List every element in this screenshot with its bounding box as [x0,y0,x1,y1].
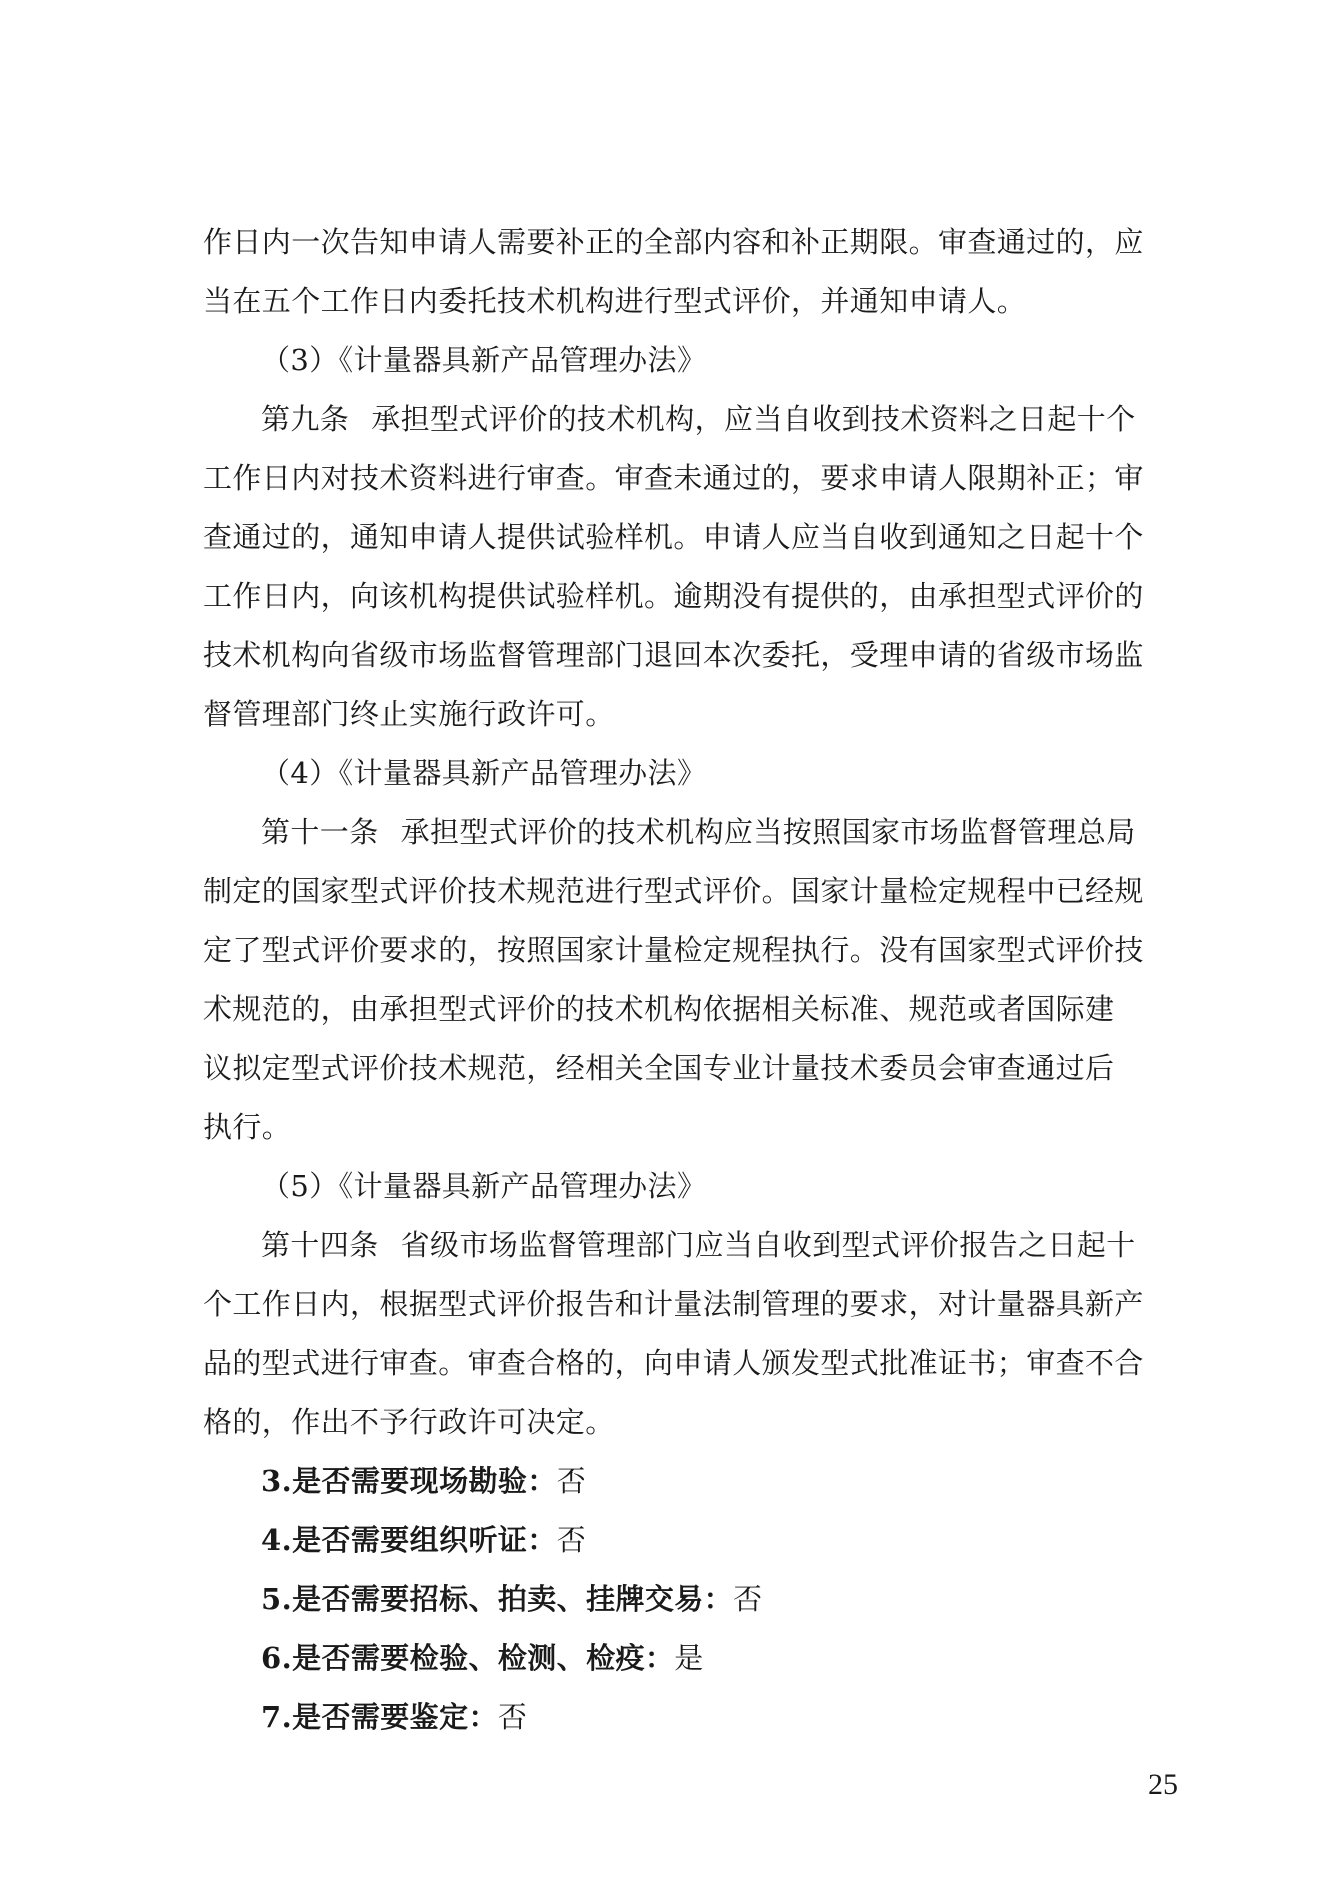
text-line: 技术机构向省级市场监督管理部门退回本次委托，受理申请的省级市场监 [203,626,1189,685]
page-number: 25 [1148,1768,1178,1802]
text-line: 工作日内对技术资料进行审查。审查未通过的，要求申请人限期补正；审 [203,449,1189,508]
question-item: 6.是否需要检验、检测、检疫：是 [203,1629,1189,1688]
question-answer: 否 [733,1582,762,1616]
text-line: 制定的国家型式评价技术规范进行型式评价。国家计量检定规程中已经规 [203,862,1189,921]
section-heading-4: （4）《计量器具新产品管理办法》 [203,744,1189,803]
question-answer: 是 [674,1641,703,1675]
text-line: 第十一条承担型式评价的技术机构应当按照国家市场监督管理总局 [203,803,1189,862]
question-number: 7. [261,1700,292,1734]
question-number: 6. [261,1641,292,1675]
question-item: 4.是否需要组织听证：否 [203,1511,1189,1570]
question-text: 是否需要检验、检测、检疫： [292,1641,674,1675]
question-list: 3.是否需要现场勘验：否 4.是否需要组织听证：否 5.是否需要招标、拍卖、挂牌… [203,1452,1189,1747]
text-line-content: 承担型式评价的技术机构应当按照国家市场监督管理总局 [401,815,1136,849]
text-line: 执行。 [203,1098,1189,1157]
question-item: 5.是否需要招标、拍卖、挂牌交易：否 [203,1570,1189,1629]
text-line: 议拟定型式评价技术规范，经相关全国专业计量技术委员会审查通过后 [203,1039,1189,1098]
text-line: 术规范的，由承担型式评价的技术机构依据相关标准、规范或者国际建 [203,980,1189,1039]
section-heading-3: （3）《计量器具新产品管理办法》 [203,331,1189,390]
question-answer: 否 [557,1523,586,1557]
text-line: 第九条承担型式评价的技术机构，应当自收到技术资料之日起十个 [203,390,1189,449]
text-line: 个工作日内，根据型式评价报告和计量法制管理的要求，对计量器具新产 [203,1275,1189,1334]
text-line: 品的型式进行审查。审查合格的，向申请人颁发型式批准证书；审查不合 [203,1334,1189,1393]
document-page: 作日内一次告知申请人需要补正的全部内容和补正期限。审查通过的，应 当在五个工作日… [203,213,1189,1747]
text-line: 定了型式评价要求的，按照国家计量检定规程执行。没有国家型式评价技 [203,921,1189,980]
section-heading-5: （5）《计量器具新产品管理办法》 [203,1157,1189,1216]
text-line-content: 省级市场监督管理部门应当自收到型式评价报告之日起十 [401,1228,1136,1262]
article-11: 第十一条承担型式评价的技术机构应当按照国家市场监督管理总局 制定的国家型式评价技… [203,803,1189,1157]
article-label: 第十四条 [261,1228,379,1262]
question-number: 3. [261,1464,292,1498]
article-label: 第九条 [261,402,349,436]
question-number: 4. [261,1523,292,1557]
text-line: 当在五个工作日内委托技术机构进行型式评价，并通知申请人。 [203,272,1189,331]
paragraph-continuation: 作日内一次告知申请人需要补正的全部内容和补正期限。审查通过的，应 当在五个工作日… [203,213,1189,331]
question-number: 5. [261,1582,292,1616]
question-answer: 否 [557,1464,586,1498]
question-item: 7.是否需要鉴定：否 [203,1688,1189,1747]
text-line: 第十四条省级市场监督管理部门应当自收到型式评价报告之日起十 [203,1216,1189,1275]
question-text: 是否需要鉴定： [292,1700,498,1734]
text-line: 查通过的，通知申请人提供试验样机。申请人应当自收到通知之日起十个 [203,508,1189,567]
question-text: 是否需要现场勘验： [292,1464,557,1498]
text-line: 工作日内，向该机构提供试验样机。逾期没有提供的，由承担型式评价的 [203,567,1189,626]
text-line: 督管理部门终止实施行政许可。 [203,685,1189,744]
text-line: 格的，作出不予行政许可决定。 [203,1393,1189,1452]
question-answer: 否 [498,1700,527,1734]
article-14: 第十四条省级市场监督管理部门应当自收到型式评价报告之日起十 个工作日内，根据型式… [203,1216,1189,1452]
question-text: 是否需要组织听证： [292,1523,557,1557]
text-line-content: 承担型式评价的技术机构，应当自收到技术资料之日起十个 [371,402,1135,436]
article-label: 第十一条 [261,815,379,849]
question-item: 3.是否需要现场勘验：否 [203,1452,1189,1511]
question-text: 是否需要招标、拍卖、挂牌交易： [292,1582,733,1616]
article-9: 第九条承担型式评价的技术机构，应当自收到技术资料之日起十个 工作日内对技术资料进… [203,390,1189,744]
text-line: 作日内一次告知申请人需要补正的全部内容和补正期限。审查通过的，应 [203,213,1189,272]
